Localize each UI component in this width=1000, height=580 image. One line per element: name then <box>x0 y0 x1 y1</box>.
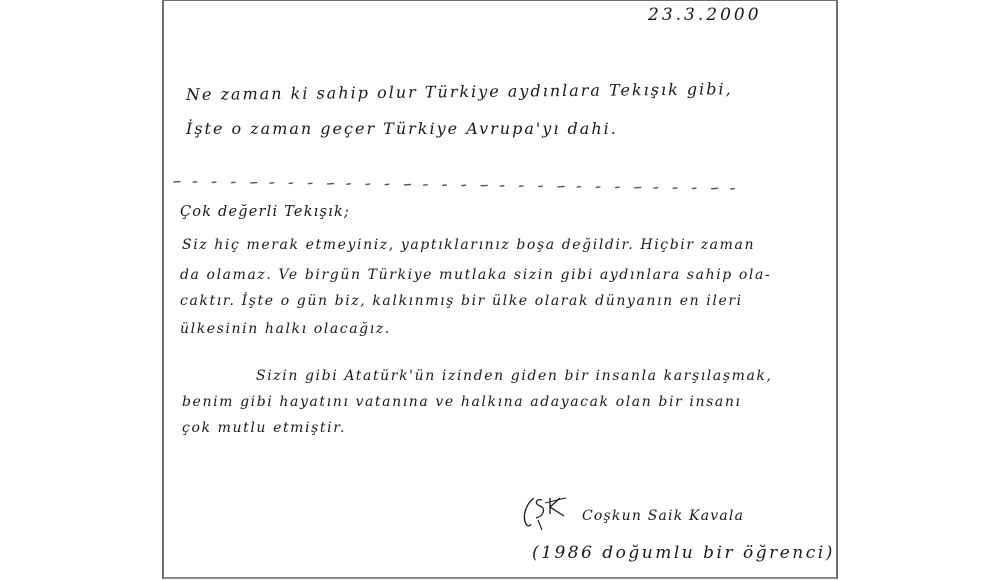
body-line: çok mutlu etmiştir. <box>182 420 346 436</box>
body-line: ülkesinin halkı olacağız. <box>180 321 391 337</box>
handwritten-letter-page: 23.3.2000 Ne zaman ki sahip olur Türkiye… <box>162 0 838 579</box>
dashed-divider <box>170 179 742 193</box>
poem-line: İşte o zaman geçer Türkiye Avrupa'yı dah… <box>186 119 618 138</box>
signer-note: (1986 doğumlu bir öğrenci) <box>532 543 835 563</box>
body-line: Siz hiç merak etmeyiniz, yaptıklarınız b… <box>182 237 755 253</box>
body-line: Sizin gibi Atatürk'ün izinden giden bir … <box>256 368 773 384</box>
body-line: da olamaz. Ve birgün Türkiye mutlaka siz… <box>180 267 771 283</box>
letter-date: 23.3.2000 <box>648 5 762 25</box>
body-line: benim gibi hayatını vatanına ve halkına … <box>182 394 742 410</box>
salutation: Çok değerli Tekışık; <box>180 204 350 220</box>
poem-line: Ne zaman ki sahip olur Türkiye aydınlara… <box>186 79 733 104</box>
signature-mark-icon <box>520 494 572 532</box>
signer-name: Coşkun Saik Kavala <box>582 508 744 524</box>
body-line: caktır. İşte o gün biz, kalkınmış bir ül… <box>180 293 743 309</box>
